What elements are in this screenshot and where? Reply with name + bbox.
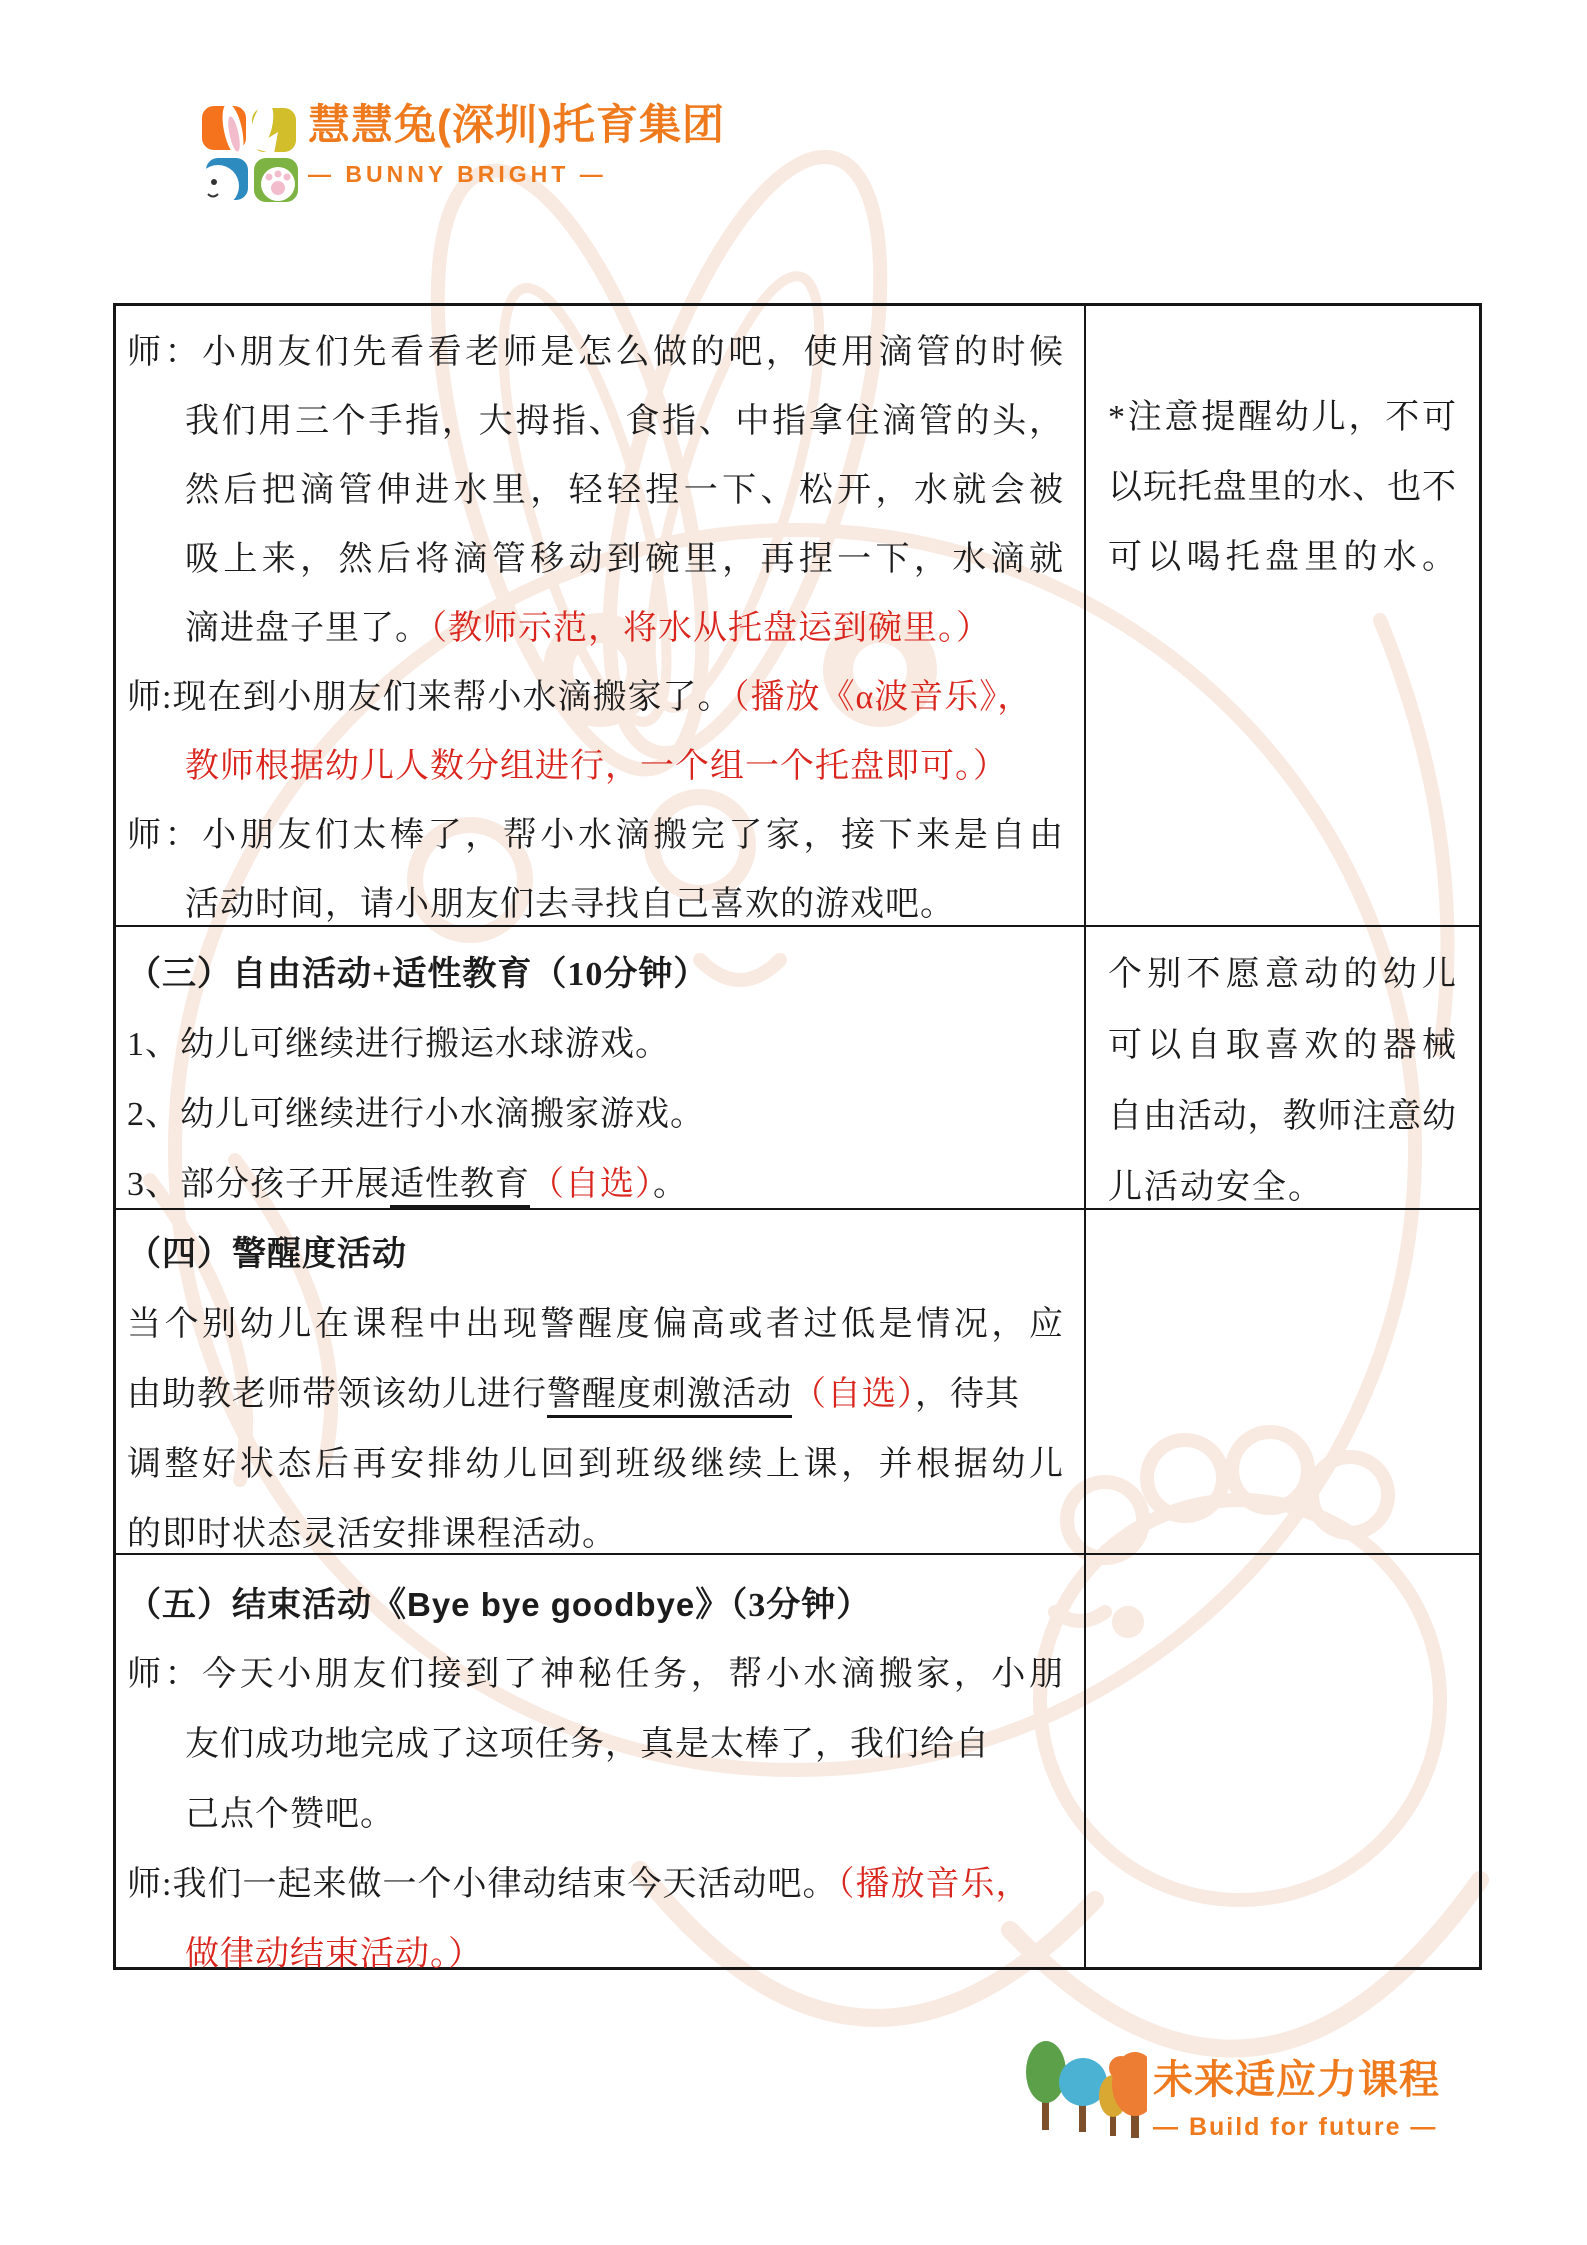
text-segment: 师：今天小朋友们接到了神秘任务，帮小水滴搬家，小朋 [127, 1656, 1063, 1693]
text-segment: （教师示范，将水从托盘运到碗里。） [430, 610, 991, 647]
bunny-bright-logo-icon [200, 104, 300, 216]
text-segment: Bye bye goodbye [407, 1586, 695, 1623]
brand-title: 慧慧兔(深圳)托育集团 [308, 92, 778, 152]
text-line: 1、幼儿可继续进行搬运水球游戏。 [127, 1022, 1063, 1068]
text-line: 师:我们一起来做一个小律动结束今天活动吧。（播放音乐， [127, 1862, 1063, 1908]
text-line: *注意提醒幼儿，不可 [1108, 395, 1456, 441]
text-segment: 然后把滴管伸进水里，轻轻捏一下、松开，水就会被 [185, 472, 1063, 509]
table-column-divider [1084, 303, 1086, 1970]
text-line: 师：小朋友们太棒了，帮小水滴搬完了家，接下来是自由 [127, 813, 1063, 859]
document-page: 慧慧兔(深圳)托育集团 — BUNNY BRIGHT — 师：小朋友们先看看老师… [0, 0, 1587, 2245]
text-segment: （自选） [530, 1166, 653, 1203]
text-line: 可以喝托盘里的水。 [1108, 535, 1456, 581]
text-segment: 3、部分孩子开展 [127, 1166, 390, 1203]
text-line: 3、部分孩子开展适性教育（自选）。 [127, 1162, 1063, 1208]
text-segment: 2、幼儿可继续进行小水滴搬家游戏。 [127, 1096, 705, 1133]
text-line: 的即时状态灵活安排课程活动。 [127, 1512, 1063, 1558]
text-segment: 适性教育 [390, 1166, 530, 1208]
text-segment: 活动时间，请小朋友们去寻找自己喜欢的游戏吧。 [185, 886, 955, 923]
text-line: 吸上来，然后将滴管移动到碗里，再捏一下，水滴就 [185, 537, 1063, 583]
table-border-right [1479, 303, 1482, 1970]
text-segment: 师:现在到小朋友们来帮小水滴搬家了。 [127, 679, 732, 716]
text-segment: 当个别幼儿在课程中出现警醒度偏高或者过低是情况，应 [127, 1306, 1063, 1343]
brand-subtitle: — BUNNY BRIGHT — [308, 161, 778, 188]
text-segment: 师：小朋友们先看看老师是怎么做的吧，使用滴管的时候 [127, 334, 1063, 371]
text-segment: 。 [653, 1166, 688, 1203]
text-line: 滴进盘子里了。（教师示范，将水从托盘运到碗里。） [185, 606, 1063, 652]
text-line: 调整好状态后再安排幼儿回到班级继续上课，并根据幼儿 [127, 1442, 1063, 1488]
text-line: 活动时间，请小朋友们去寻找自己喜欢的游戏吧。 [185, 882, 1063, 928]
brand-text-block: 慧慧兔(深圳)托育集团 — BUNNY BRIGHT — [308, 92, 778, 188]
footer-text-block: 未来适应力课程 — Build for future — [1153, 2048, 1573, 2142]
text-segment: 调整好状态后再安排幼儿回到班级继续上课，并根据幼儿 [127, 1446, 1063, 1483]
text-segment: 我们用三个手指，大拇指、食指、中指拿住滴管的头， [185, 403, 1063, 440]
text-line: 友们成功地完成了这项任务，真是太棒了，我们给自 [185, 1722, 1063, 1768]
text-line: 以玩托盘里的水、也不 [1108, 465, 1456, 511]
text-segment: 吸上来，然后将滴管移动到碗里，再捏一下，水滴就 [185, 541, 1063, 578]
future-trees-logo-icon [1025, 2036, 1147, 2144]
text-segment: （播放音乐， [837, 1866, 1030, 1903]
text-line: （五）结束活动《Bye bye goodbye》（3分钟） [127, 1582, 1063, 1629]
text-segment: 己点个赞吧。 [185, 1796, 395, 1833]
table-border-top [113, 303, 1482, 306]
text-line: 师:现在到小朋友们来帮小水滴搬家了。（播放《α波音乐》， [127, 675, 1063, 721]
text-segment: 师:我们一起来做一个小律动结束今天活动吧。 [127, 1866, 837, 1903]
text-line: 然后把滴管伸进水里，轻轻捏一下、松开，水就会被 [185, 468, 1063, 514]
text-line: 可以自取喜欢的器械 [1108, 1023, 1456, 1069]
text-line: （四）警醒度活动 [127, 1232, 1063, 1278]
text-line: 师：今天小朋友们接到了神秘任务，帮小水滴搬家，小朋 [127, 1652, 1063, 1698]
text-line: 自由活动，教师注意幼 [1108, 1094, 1456, 1140]
text-segment: 友们成功地完成了这项任务，真是太棒了，我们给自 [185, 1726, 990, 1763]
text-line: 师：小朋友们先看看老师是怎么做的吧，使用滴管的时候 [127, 330, 1063, 376]
text-segment: 由助教老师带领该幼儿进行 [127, 1376, 547, 1413]
footer-title: 未来适应力课程 [1153, 2048, 1573, 2105]
footer-subtitle: — Build for future — [1153, 2113, 1573, 2142]
text-line: 由助教老师带领该幼儿进行警醒度刺激活动（自选），待其 [127, 1372, 1063, 1418]
text-segment: 师：小朋友们太棒了，帮小水滴搬完了家，接下来是自由 [127, 817, 1063, 854]
text-segment: （自选） [792, 1376, 915, 1413]
text-line: 己点个赞吧。 [185, 1792, 1063, 1838]
text-segment: 的即时状态灵活安排课程活动。 [127, 1516, 617, 1553]
text-segment: 做律动结束活动。） [185, 1936, 483, 1973]
text-line: 儿活动安全。 [1108, 1165, 1456, 1211]
text-segment: 1、幼儿可继续进行搬运水球游戏。 [127, 1026, 670, 1063]
text-line: 当个别幼儿在课程中出现警醒度偏高或者过低是情况，应 [127, 1302, 1063, 1348]
text-segment: （四）警醒度活动 [127, 1236, 407, 1273]
brand-footer: 未来适应力课程 — Build for future — [1025, 2036, 1147, 2149]
text-segment: 滴进盘子里了。 [185, 610, 430, 647]
text-line: 个别不愿意动的幼儿 [1108, 952, 1456, 998]
text-segment: 》（3分钟） [695, 1587, 871, 1624]
text-segment: 教师根据幼儿人数分组进行，一个组一个托盘即可。） [185, 748, 1008, 785]
text-segment: （播放《α波音乐》， [732, 679, 1032, 716]
text-line: （三）自由活动+适性教育（10分钟） [127, 952, 1063, 998]
text-line: 做律动结束活动。） [185, 1932, 1063, 1978]
text-line: 教师根据幼儿人数分组进行，一个组一个托盘即可。） [185, 744, 1063, 790]
text-segment: 警醒度刺激活动 [547, 1376, 792, 1418]
table-border-left [113, 303, 116, 1970]
text-line: 我们用三个手指，大拇指、食指、中指拿住滴管的头， [185, 399, 1063, 445]
text-segment: （五）结束活动《 [127, 1587, 407, 1624]
text-segment: （三）自由活动+适性教育（10分钟） [127, 956, 708, 993]
text-segment: ，待其 [915, 1376, 1020, 1413]
text-line: 2、幼儿可继续进行小水滴搬家游戏。 [127, 1092, 1063, 1138]
